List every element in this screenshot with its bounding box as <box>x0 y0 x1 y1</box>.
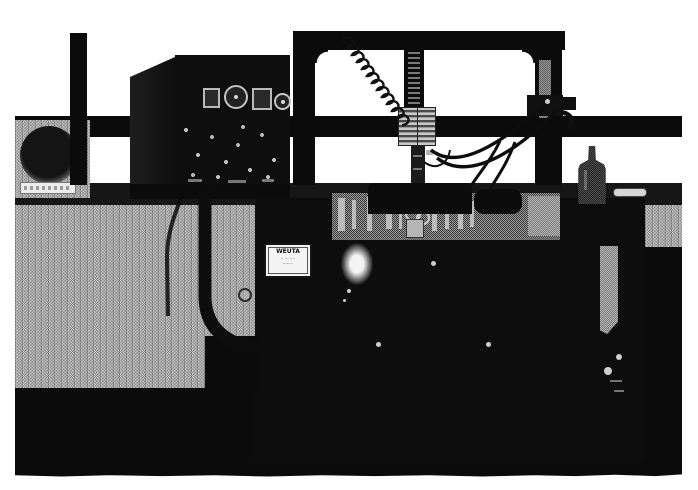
reflection-highlight <box>341 243 373 285</box>
nameplate-text: WEUTA <box>269 248 307 256</box>
bottle-highlight <box>584 170 587 190</box>
panel-switch-dots <box>178 115 288 185</box>
fixture-post <box>352 200 356 229</box>
speck <box>431 261 436 266</box>
bench-rail <box>15 116 682 137</box>
nameplate: WEUTA ·· ··· ···· ········ <box>264 243 312 278</box>
junction-bolt <box>545 99 550 104</box>
shaft-bolt <box>426 150 433 155</box>
cable-drop <box>471 141 500 186</box>
bottle <box>576 146 608 204</box>
speck <box>347 289 351 293</box>
ribbed-block-divider <box>417 108 418 145</box>
nameplate-text-small: ········ <box>269 261 307 266</box>
panel-knob <box>224 85 248 109</box>
bracket-bolt <box>604 367 612 375</box>
spindle-shaft <box>411 146 425 186</box>
panel-lower-dash <box>262 179 274 182</box>
machine-lower-left <box>205 336 258 392</box>
panel-lower-dash <box>228 180 246 183</box>
panel-knob <box>274 93 291 110</box>
cable-junction-box <box>527 95 563 116</box>
spindle-head <box>368 183 472 214</box>
gantry-top-bar <box>293 31 565 50</box>
shaft-detail <box>413 155 422 157</box>
wall-anchor-ring <box>238 288 252 302</box>
machine-shadow-right <box>645 247 682 390</box>
control-cabinet-side <box>130 57 175 190</box>
panel-meter <box>252 88 272 110</box>
machine-side-strip <box>600 246 618 334</box>
nameplate-inner: WEUTA ·· ··· ···· ········ <box>268 247 308 274</box>
frame-corner-fillet <box>522 50 535 63</box>
left-support-post <box>70 33 87 185</box>
bracket-edge <box>614 390 624 392</box>
table-edge-line <box>334 238 558 240</box>
workpiece-clamp <box>406 219 424 238</box>
cabinet-shadow <box>130 184 290 199</box>
fan-label <box>20 182 76 194</box>
bracket-bolt <box>616 354 622 360</box>
gantry-left-post <box>293 48 315 185</box>
junction-clamp <box>562 97 576 110</box>
frame-corner-fillet <box>315 50 328 63</box>
workshop-wall-right <box>645 205 682 249</box>
hand-tool <box>613 188 647 197</box>
spindle-ribbed-block <box>398 107 436 146</box>
shaft-detail <box>413 168 422 170</box>
panel-lower-dash <box>188 179 202 182</box>
threaded-column <box>408 52 420 108</box>
speck <box>376 342 381 347</box>
speck <box>343 299 346 302</box>
photo-canvas: WEUTA ·· ··· ···· ········ <box>0 0 698 490</box>
speck <box>486 342 491 347</box>
bracket-edge <box>610 380 622 382</box>
spindle-head-bump <box>474 189 522 214</box>
fixture-post <box>338 198 345 231</box>
fixture-block <box>528 196 560 236</box>
panel-meter <box>203 88 220 108</box>
fan-label-ticks <box>24 186 72 190</box>
